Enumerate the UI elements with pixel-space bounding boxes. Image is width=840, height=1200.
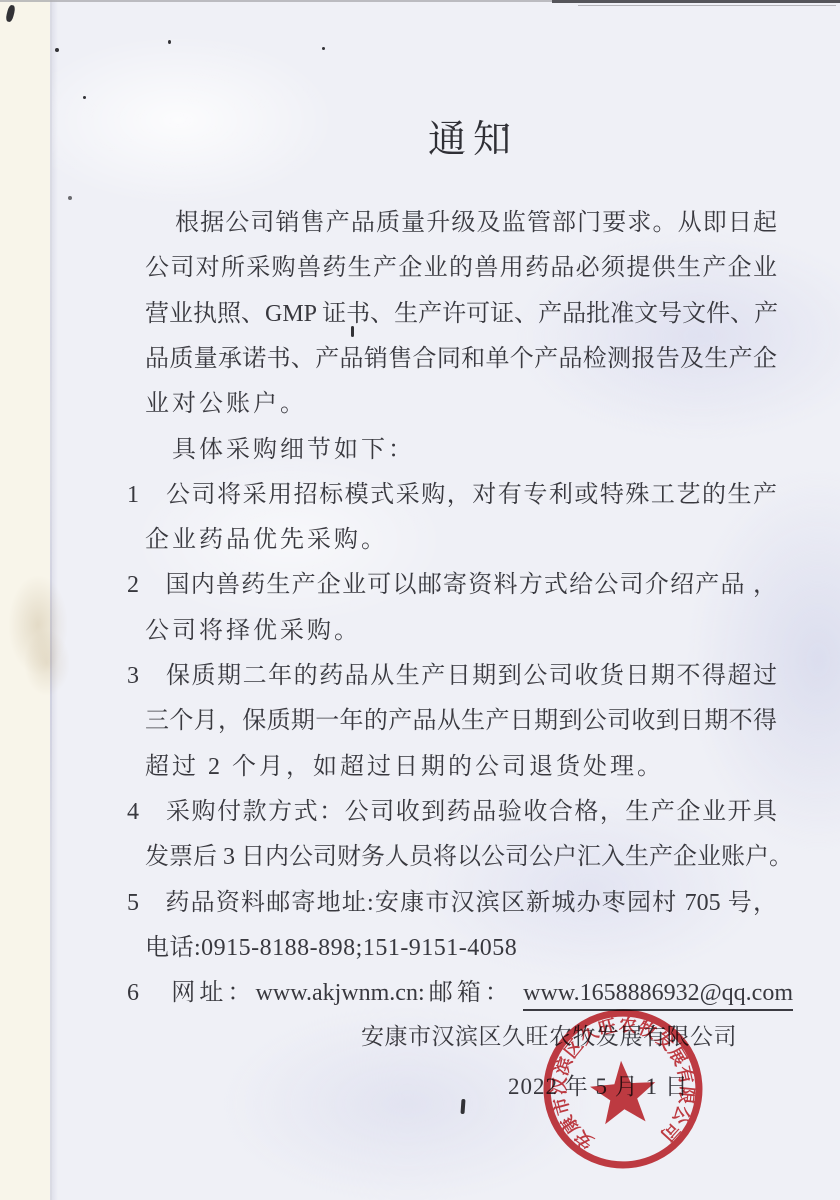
- body-line: 4 采购付款方式：公司收到药品验收合格，生产企业开具: [127, 799, 777, 825]
- body-line-text: 公司对所采购兽药生产企业的兽用药品必须提供生产企业: [145, 255, 777, 281]
- body-line: 1 公司将采用招标模式采购，对有专利或特殊工艺的生产: [127, 482, 777, 508]
- body-line-text: 2 国内兽药生产企业可以邮寄资料方式给公司介绍产品 ，: [127, 572, 777, 598]
- body-line-text: 公司将择优采购。: [145, 618, 361, 644]
- body-line: 公司对所采购兽药生产企业的兽用药品必须提供生产企业: [145, 255, 777, 281]
- body-line: 企业药品优先采购。: [145, 527, 388, 553]
- scan-speck: [322, 47, 325, 50]
- body-line: 公司将择优采购。: [145, 618, 361, 644]
- body-line: 电话:0915-8188-898;151-9151-4058: [145, 935, 517, 961]
- body-line-text: 5 药品资料邮寄地址:安康市汉滨区新城办枣园村 705 号，: [127, 890, 777, 916]
- body-line-text: 3 保质期二年的药品从生产日期到公司收货日期不得超过: [127, 663, 777, 689]
- scan-edge-line: [578, 5, 836, 6]
- body-line: 5 药品资料邮寄地址:安康市汉滨区新城办枣园村 705 号，: [127, 890, 777, 916]
- scan-speck: [168, 40, 171, 44]
- scanned-notice-page: 通知 根据公司销售产品质量升级及监管部门要求。从即日起公司对所采购兽药生产企业的…: [0, 0, 840, 1200]
- body-line-text: 1 公司将采用招标模式采购，对有专利或特殊工艺的生产: [127, 482, 777, 508]
- scan-speck: [55, 48, 59, 52]
- body-line: 具体采购细节如下：: [172, 437, 415, 463]
- body-line-text: 企业药品优先采购。: [145, 527, 388, 553]
- body-line-text: 发票后 3 日内公司财务人员将以公司公户汇入生产企业账户。: [145, 844, 793, 870]
- body-line-text: 三个月，保质期一年的产品从生产日期到公司收到日期不得: [145, 708, 777, 734]
- scan-edge-line: [552, 0, 840, 3]
- body-line-text: 6 网址：www.akjwnm.cn:邮箱：: [127, 980, 523, 1006]
- scan-speck: [351, 326, 354, 337]
- body-line-text: 根据公司销售产品质量升级及监管部门要求。从即日起: [175, 210, 777, 236]
- paper-stain: [24, 630, 70, 696]
- body-line-text: 具体采购细节如下：: [172, 437, 415, 463]
- body-line: 品质量承诺书、产品销售合同和单个产品检测报告及生产企: [145, 346, 777, 372]
- scan-speck: [5, 4, 16, 22]
- body-line: 营业执照、GMP 证书、生产许可证、产品批准文号文件、产: [145, 301, 777, 327]
- body-line-text: 4 采购付款方式：公司收到药品验收合格，生产企业开具: [127, 799, 777, 825]
- body-line: 根据公司销售产品质量升级及监管部门要求。从即日起: [175, 210, 777, 236]
- stamp-graphic: 安康市汉滨区久旺农牧发展有限公司: [537, 1003, 710, 1176]
- body-line-text: 超过 2 个月，如超过日期的公司退货处理。: [145, 754, 664, 780]
- body-line-text: 营业执照、GMP 证书、生产许可证、产品批准文号文件、产: [145, 301, 778, 327]
- body-line-text: 业对公账户。: [145, 391, 307, 417]
- body-line: 3 保质期二年的药品从生产日期到公司收货日期不得超过: [127, 663, 777, 689]
- body-line: 业对公账户。: [145, 391, 307, 417]
- body-line: 三个月，保质期一年的产品从生产日期到公司收到日期不得: [145, 708, 777, 734]
- body-line: 发票后 3 日内公司财务人员将以公司公户汇入生产企业账户。: [145, 844, 777, 870]
- star-icon: [588, 1058, 658, 1125]
- company-stamp: 安康市汉滨区久旺农牧发展有限公司: [537, 1003, 710, 1176]
- body-line-text: 电话:0915-8188-898;151-9151-4058: [145, 935, 517, 961]
- body-line: 超过 2 个月，如超过日期的公司退货处理。: [145, 754, 664, 780]
- scan-speck: [68, 196, 72, 200]
- scan-speck: [83, 96, 86, 99]
- page-title: 通知: [428, 108, 518, 163]
- body-line-text: 品质量承诺书、产品销售合同和单个产品检测报告及生产企: [145, 346, 777, 372]
- body-line: 2 国内兽药生产企业可以邮寄资料方式给公司介绍产品 ，: [127, 572, 777, 598]
